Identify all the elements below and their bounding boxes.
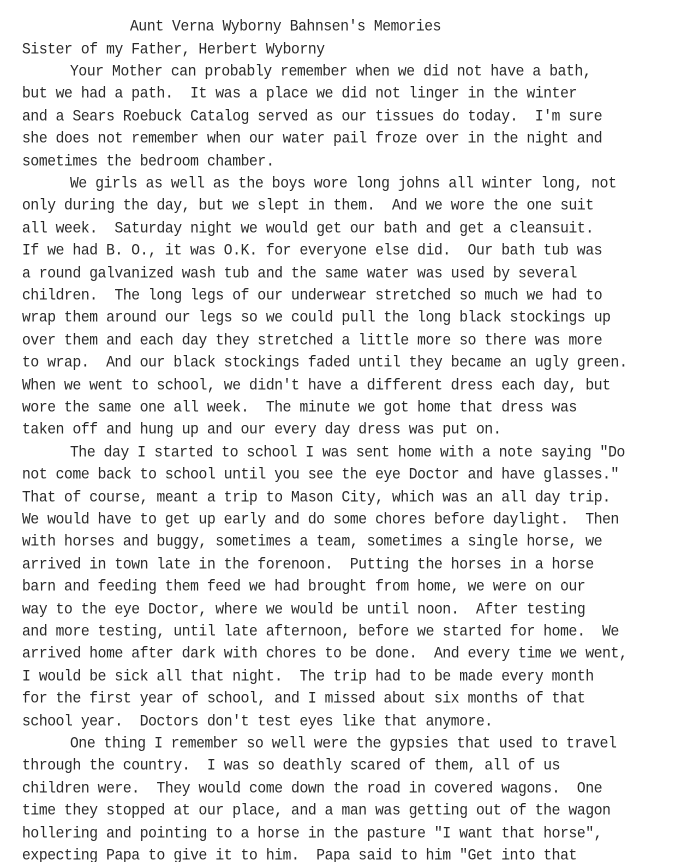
paragraph-start-line: The day I started to school I was sent h… bbox=[70, 444, 625, 463]
text-line: arrived in town late in the forenoon. Pu… bbox=[22, 556, 594, 575]
text-line: arrived home after dark with chores to b… bbox=[22, 645, 627, 664]
paragraph-start-line: One thing I remember so well were the gy… bbox=[70, 735, 617, 754]
text-line: not come back to school until you see th… bbox=[22, 466, 619, 485]
text-line: children. The long legs of our underwear… bbox=[22, 287, 602, 306]
text-line: children were. They would come down the … bbox=[22, 780, 602, 799]
text-line: That of course, meant a trip to Mason Ci… bbox=[22, 489, 611, 508]
text-line: expecting Papa to give it to him. Papa s… bbox=[22, 847, 577, 862]
text-line: time they stopped at our place, and a ma… bbox=[22, 802, 611, 821]
text-line: wrap them around our legs so we could pu… bbox=[22, 309, 611, 328]
document-title: Aunt Verna Wyborny Bahnsen's Memories bbox=[130, 18, 441, 37]
text-line: to wrap. And our black stockings faded u… bbox=[22, 354, 627, 373]
text-line: over them and each day they stretched a … bbox=[22, 332, 602, 351]
text-line: she does not remember when our water pai… bbox=[22, 130, 602, 149]
text-line: If we had B. O., it was O.K. for everyon… bbox=[22, 242, 602, 261]
text-line: a round galvanized wash tub and the same… bbox=[22, 265, 577, 284]
text-line: all week. Saturday night we would get ou… bbox=[22, 220, 594, 239]
text-line: way to the eye Doctor, where we would be… bbox=[22, 601, 585, 620]
text-line: taken off and hung up and our every day … bbox=[22, 421, 501, 440]
text-line: and a Sears Roebuck Catalog served as ou… bbox=[22, 108, 602, 127]
text-line: and more testing, until late afternoon, … bbox=[22, 623, 619, 642]
paragraph-start-line: We girls as well as the boys wore long j… bbox=[70, 175, 617, 194]
text-line: only during the day, but we slept in the… bbox=[22, 197, 594, 216]
text-line: sometimes the bedroom chamber. bbox=[22, 153, 274, 172]
document-page: Aunt Verna Wyborny Bahnsen's Memories Si… bbox=[0, 0, 675, 862]
text-line: through the country. I was so deathly sc… bbox=[22, 757, 560, 776]
text-line: with horses and buggy, sometimes a team,… bbox=[22, 533, 602, 552]
text-line: but we had a path. It was a place we did… bbox=[22, 85, 577, 104]
text-line: wore the same one all week. The minute w… bbox=[22, 399, 577, 418]
text-line: When we went to school, we didn't have a… bbox=[22, 377, 611, 396]
text-line: for the first year of school, and I miss… bbox=[22, 690, 585, 709]
text-line: I would be sick all that night. The trip… bbox=[22, 668, 594, 687]
document-subtitle: Sister of my Father, Herbert Wyborny bbox=[22, 41, 325, 60]
text-line: school year. Doctors don't test eyes lik… bbox=[22, 713, 493, 732]
text-line: hollering and pointing to a horse in the… bbox=[22, 825, 602, 844]
text-line: We would have to get up early and do som… bbox=[22, 511, 619, 530]
text-line: barn and feeding them feed we had brough… bbox=[22, 578, 585, 597]
paragraph-start-line: Your Mother can probably remember when w… bbox=[70, 63, 591, 82]
